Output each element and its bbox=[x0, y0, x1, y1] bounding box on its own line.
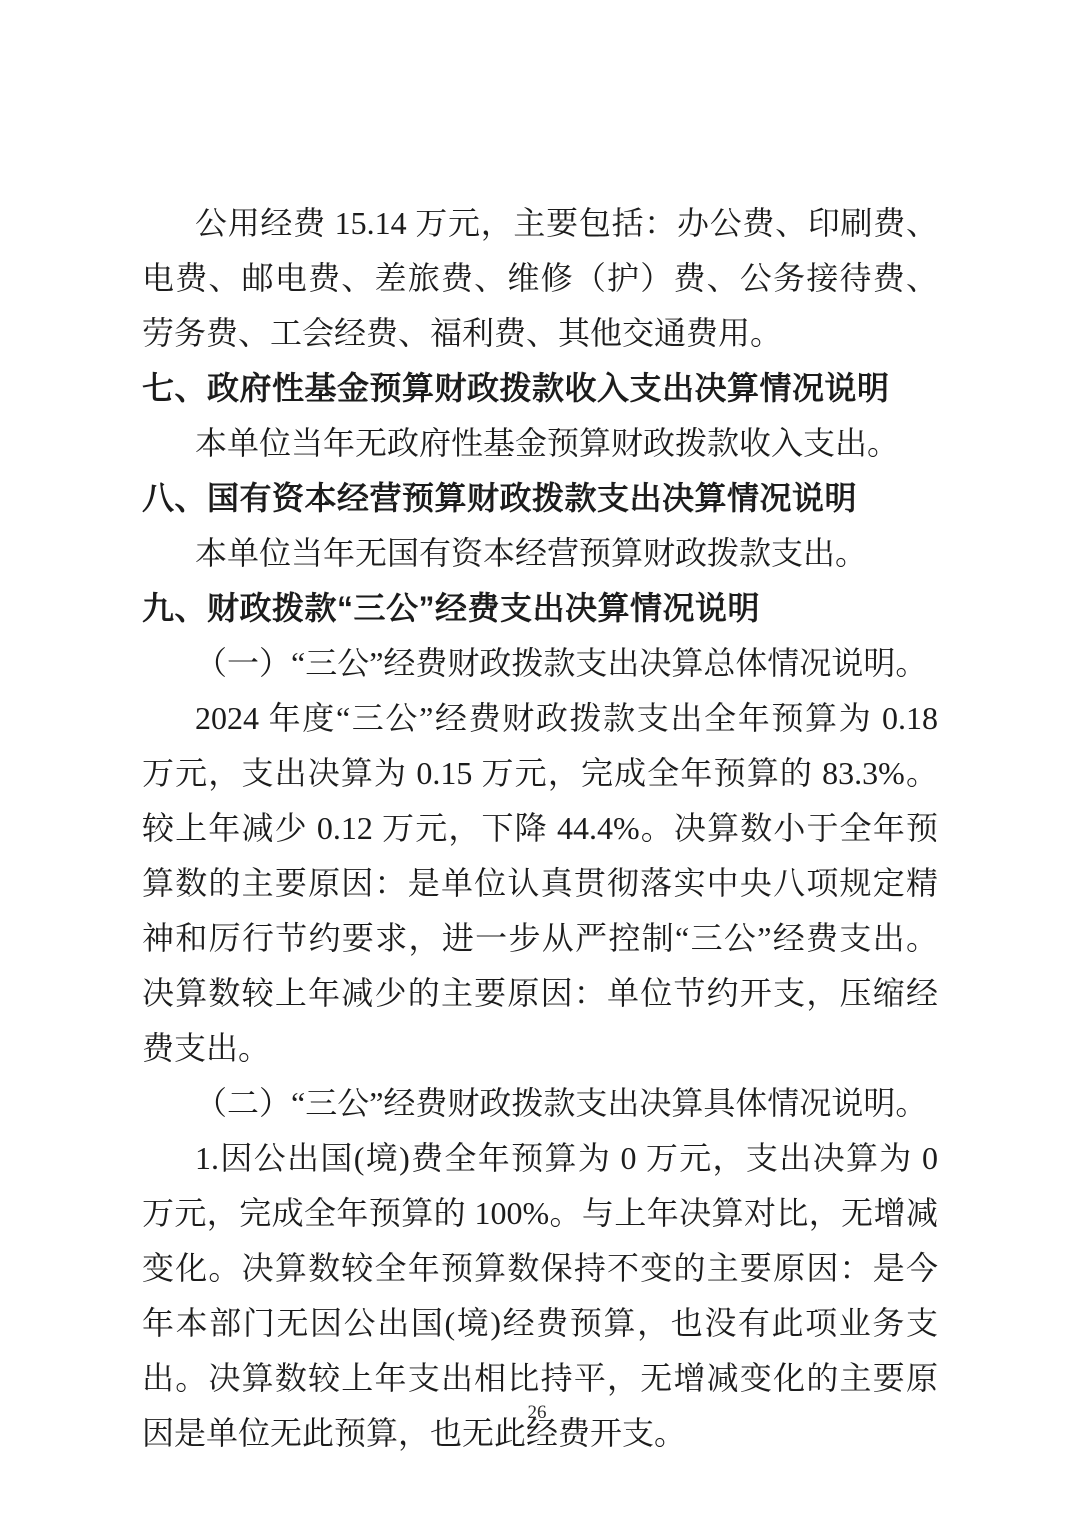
paragraph-subsection-1-title: （一）“三公”经费财政拨款支出决算总体情况说明。 bbox=[142, 636, 938, 691]
heading-section-9-three-public-expenses: 九、财政拨款“三公”经费支出决算情况说明 bbox=[142, 581, 938, 636]
paragraph-subsection-1-overall-statement: 2024 年度“三公”经费财政拨款支出全年预算为 0.18 万元，支出决算为 0… bbox=[142, 691, 938, 1076]
paragraph-subsection-2-title: （二）“三公”经费财政拨款支出决算具体情况说明。 bbox=[142, 1076, 938, 1131]
heading-section-8-state-capital-budget: 八、国有资本经营预算财政拨款支出决算情况说明 bbox=[142, 471, 938, 526]
document-body: 公用经费 15.14 万元，主要包括：办公费、印刷费、电费、邮电费、差旅费、维修… bbox=[142, 196, 938, 1461]
paragraph-public-funds: 公用经费 15.14 万元，主要包括：办公费、印刷费、电费、邮电费、差旅费、维修… bbox=[142, 196, 938, 361]
paragraph-section-7-statement: 本单位当年无政府性基金预算财政拨款收入支出。 bbox=[142, 416, 938, 471]
heading-section-7-government-fund-budget: 七、政府性基金预算财政拨款收入支出决算情况说明 bbox=[142, 361, 938, 416]
paragraph-section-8-statement: 本单位当年无国有资本经营预算财政拨款支出。 bbox=[142, 526, 938, 581]
document-page: 公用经费 15.14 万元，主要包括：办公费、印刷费、电费、邮电费、差旅费、维修… bbox=[0, 0, 1074, 1520]
page-number: 26 bbox=[0, 1402, 1074, 1424]
